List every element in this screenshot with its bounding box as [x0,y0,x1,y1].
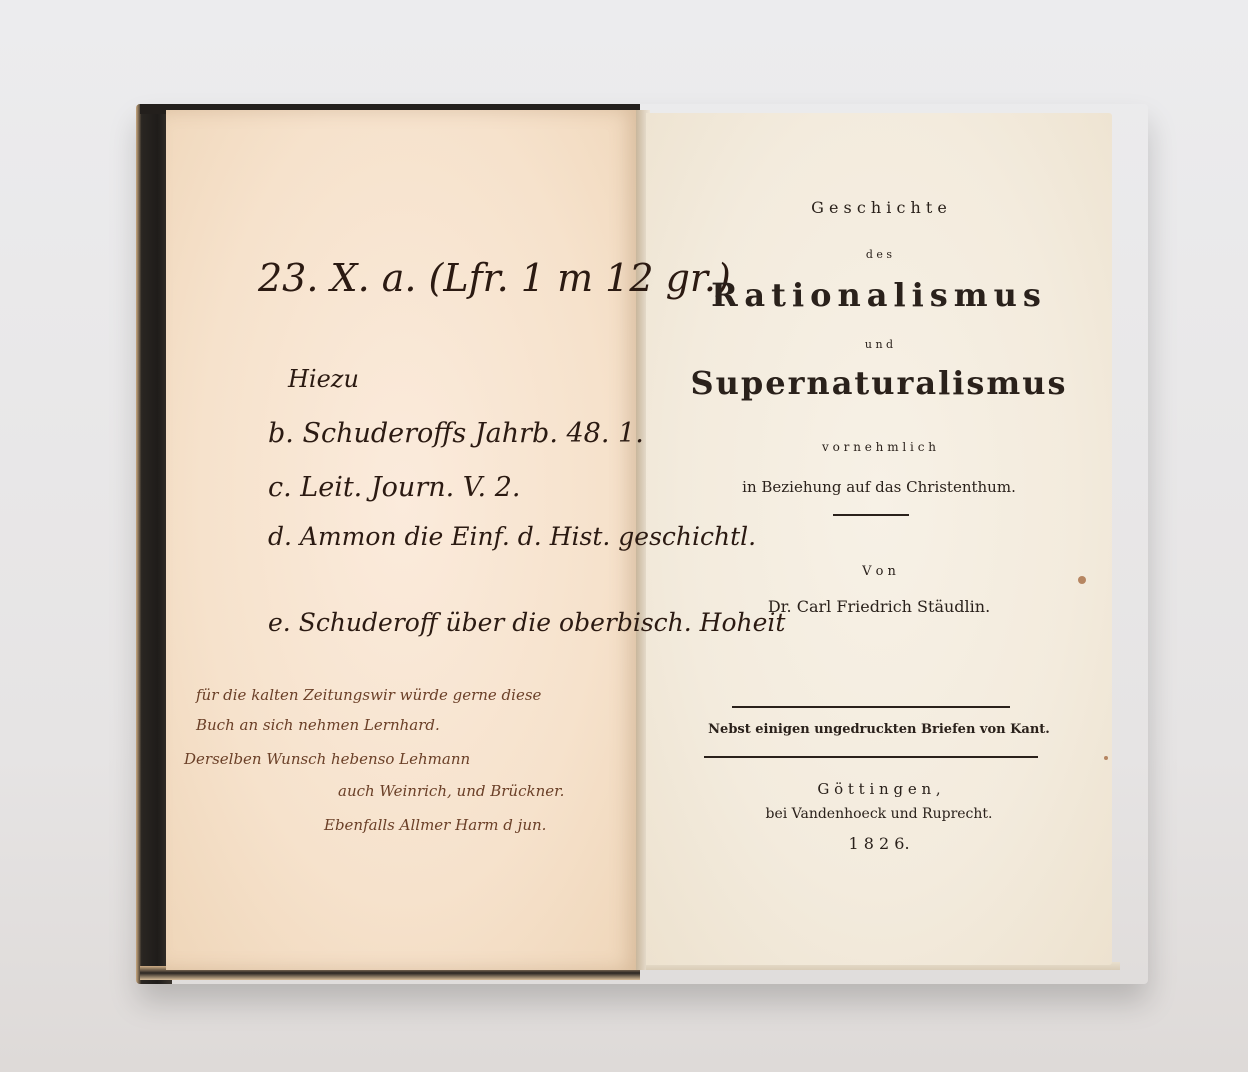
handwritten-note: auch Weinrich, und Brückner. [338,782,564,800]
handwritten-note: Buch an sich nehmen Lernhard. [196,716,440,734]
title-rationalismus: Rationalismus [646,276,1112,314]
author-by: V o n [646,564,1112,579]
handwritten-item: d. Ammon die Einf. d. Hist. geschichtl. [268,522,756,551]
supplement-rule-top [732,706,1010,708]
title-rule [833,514,909,516]
imprint-publisher: bei Vandenhoeck und Ruprecht. [646,806,1112,822]
subtitle-beziehung: in Beziehung auf das Christenthum. [646,478,1112,496]
title-line-und: u n d [646,338,1112,351]
handwritten-heading: Hiezu [288,365,359,393]
handwritten-item: c. Leit. Journ. V. 2. [268,472,520,503]
imprint-year: 1 8 2 6. [646,834,1112,853]
foxing-spot [1104,756,1108,760]
supplement-rule-bottom [704,756,1038,758]
handwritten-note: Derselben Wunsch hebenso Lehmann [184,750,470,768]
supplement-line: Nebst einigen ungedruckten Briefen von K… [646,722,1112,737]
title-supernaturalismus: Supernaturalismus [646,364,1112,402]
title-line-des: d e s [646,248,1112,261]
subtitle-vornehmlich: v o r n e h m l i c h [646,440,1112,454]
imprint-place: G ö t t i n g e n , [646,780,1112,798]
handwritten-note: Ebenfalls Allmer Harm d jun. [324,816,546,834]
handwritten-note: für die kalten Zeitungswir würde gerne d… [196,686,541,704]
handwritten-item: b. Schuderoffs Jahrb. 48. 1. [268,418,644,449]
author-name: Dr. Carl Friedrich Stäudlin. [646,597,1112,616]
title-line-geschichte: G e s c h i c h t e [646,198,1112,217]
